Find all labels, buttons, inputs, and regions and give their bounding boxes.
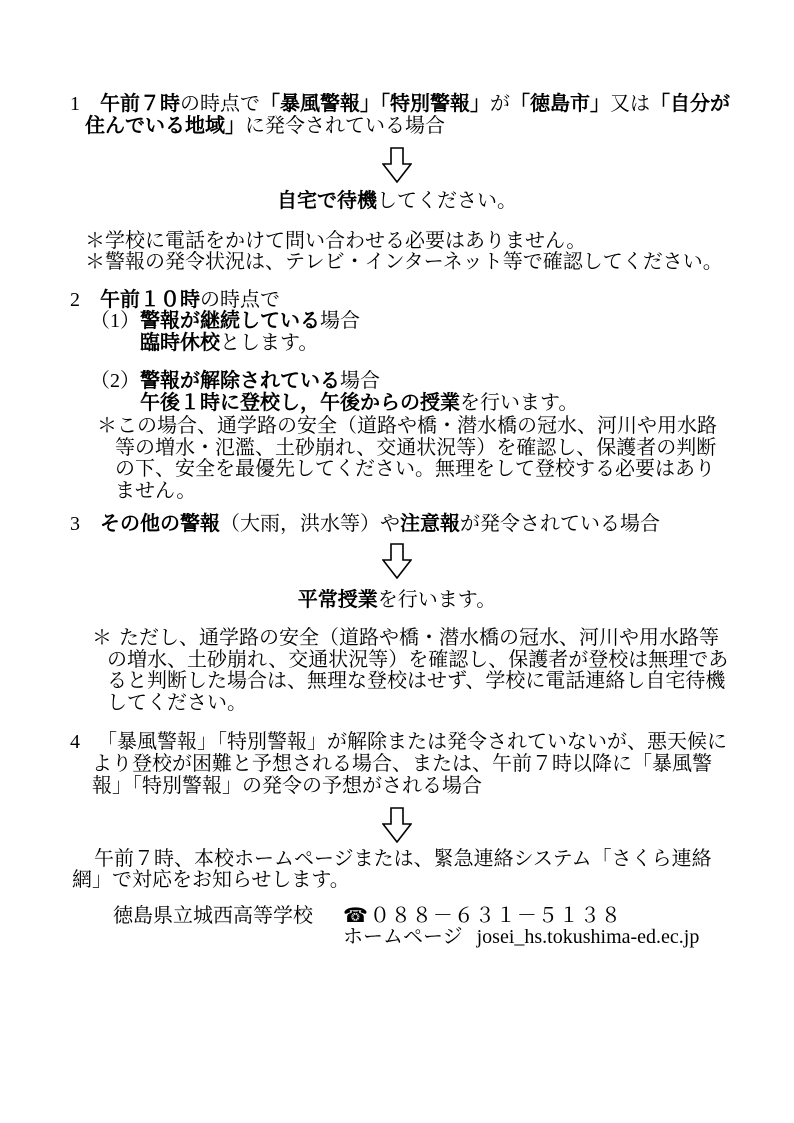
text-segment: 午後１時に登校し，午後からの授業: [140, 392, 460, 414]
section-2-case-1-label: （1）警報が継続している場合: [90, 311, 730, 333]
text-segment: とします。: [220, 332, 318, 354]
section-4-heading-text: 「暴風警報」「特別警報」が解除または発令されていないが、悪天候により登校が困難と…: [92, 731, 727, 797]
text-segment: 平常授業: [298, 589, 378, 611]
text-segment: 警報が継続している: [140, 310, 320, 332]
arrow-row-2: [0, 543, 794, 579]
text-segment: 又は: [610, 93, 650, 115]
arrow-row-3: [0, 807, 794, 843]
section-2-case-1-result: 臨時休校とします。: [140, 333, 730, 355]
text-segment: してください。: [377, 190, 517, 212]
phone-number: ０８８－６３１－５１３８: [370, 905, 622, 927]
section-2-case-2-result: 午後１時に登校し，午後からの授業を行います。: [140, 393, 730, 415]
section-3: 3その他の警報（大雨，洪水等）や注意報が発令されている場合 平常授業を行います。…: [0, 513, 794, 714]
text-segment: 午前７時: [100, 93, 180, 115]
text-segment: を行います。: [460, 392, 578, 414]
text-segment: （2）: [90, 370, 140, 392]
text-segment: の時点で: [200, 289, 280, 311]
text-segment: が: [490, 93, 510, 115]
text-segment: 「暴風警報」「特別警報」が解除または発令されていないが、悪天候により登校が困難と…: [92, 731, 727, 797]
text-segment: 自宅で待機: [277, 190, 377, 212]
section-1-number: 1: [70, 93, 100, 115]
down-arrow-icon: [382, 543, 412, 579]
section-1-heading-text: 午前７時の時点で「暴風警報」「特別警報」が「徳島市」又は「自分が住んでいる地域」…: [85, 93, 730, 137]
text-segment: を行います。: [378, 589, 496, 611]
homepage-url: josei_hs.tokushima-ed.ec.jp: [477, 926, 700, 948]
section-4-announcement: 午前７時、本校ホームページまたは、緊急連絡システム「さくら連絡網」で対応をお知ら…: [72, 849, 724, 891]
contact-line-2: ホームページjosei_hs.tokushima-ed.ec.jp: [113, 927, 794, 948]
text-segment: が発令されている場合: [460, 513, 660, 535]
text-segment: その他の警報: [100, 513, 220, 535]
homepage-label: ホームページ: [343, 926, 463, 948]
section-3-heading-text: その他の警報（大雨，洪水等）や注意報が発令されている場合: [100, 513, 660, 535]
section-2-heading-text: 午前１０時の時点で: [100, 289, 280, 311]
asterisk-marker: ＊: [97, 415, 117, 437]
section-1-heading: 1午前７時の時点で「暴風警報」「特別警報」が「徳島市」又は「自分が住んでいる地域…: [70, 93, 730, 137]
section-1: 1午前７時の時点で「暴風警報」「特別警報」が「徳島市」又は「自分が住んでいる地域…: [0, 93, 794, 273]
down-arrow-icon: [382, 807, 412, 843]
section-4-heading: 4「暴風警報」「特別警報」が解除または発令されていないが、悪天候により登校が困難…: [70, 731, 730, 797]
text-segment: 場合: [320, 310, 360, 332]
text-segment: （1）: [90, 310, 140, 332]
section-2-case-2-label: （2）警報が解除されている場合: [90, 371, 730, 393]
asterisk-marker: ＊: [92, 627, 112, 649]
text-segment: 臨時休校: [140, 332, 220, 354]
section-3-heading: 3その他の警報（大雨，洪水等）や注意報が発令されている場合: [70, 513, 730, 535]
text-segment: 「暴風警報」「特別警報」: [260, 93, 490, 115]
text-segment: 「徳島市」: [510, 93, 610, 115]
section-4-number: 4: [70, 731, 97, 753]
text-segment: の時点で: [180, 93, 260, 115]
contact-line-1: 徳島県立城西高等学校☎０８８－６３１－５１３８: [113, 906, 794, 927]
section-3-number: 3: [70, 513, 100, 535]
note-line: ＊学校に電話をかけて問い合わせる必要はありません。: [85, 231, 734, 252]
section-3-note-text: ただし、通学路の安全（道路や橋・潜水橋の冠水、河川や用水路等の増水、土砂崩れ、交…: [107, 627, 728, 714]
text-segment: （大雨，洪水等）や: [220, 513, 400, 535]
text-segment: 注意報: [400, 513, 460, 535]
text-segment: 場合: [340, 370, 380, 392]
text-segment: 警報が解除されている: [140, 370, 340, 392]
phone-icon: ☎: [343, 905, 368, 927]
down-arrow-icon: [382, 147, 412, 183]
note-line: ＊警報の発令状況は、テレビ・インターネット等で確認してください。: [85, 252, 734, 273]
section-3-result: 平常授業を行います。: [0, 589, 794, 611]
school-name: 徳島県立城西高等学校: [113, 905, 313, 927]
section-1-result: 自宅で待機してください。: [0, 190, 794, 212]
document-page: 1午前７時の時点で「暴風警報」「特別警報」が「徳島市」又は「自分が住んでいる地域…: [0, 0, 794, 1123]
section-4: 4「暴風警報」「特別警報」が解除または発令されていないが、悪天候により登校が困難…: [0, 731, 794, 891]
arrow-row-1: [0, 147, 794, 183]
section-2-heading: 2午前１０時の時点で: [70, 289, 730, 311]
section-3-note: ＊ただし、通学路の安全（道路や橋・潜水橋の冠水、河川や用水路等の増水、土砂崩れ、…: [92, 628, 730, 714]
section-2-note-text: この場合、通学路の安全（道路や橋・潜水橋の冠水、河川や用水路等の増水・氾濫、土砂…: [115, 415, 717, 502]
contact-block: 徳島県立城西高等学校☎０８８－６３１－５１３８ ホームページjosei_hs.t…: [113, 906, 794, 948]
text-segment: 午前１０時: [100, 289, 200, 311]
text-segment: に発令されている場合: [245, 115, 445, 137]
section-1-notes: ＊学校に電話をかけて問い合わせる必要はありません。 ＊警報の発令状況は、テレビ・…: [85, 231, 734, 273]
section-2: 2午前１０時の時点で （1）警報が継続している場合 臨時休校とします。 （2）警…: [0, 289, 794, 502]
section-2-number: 2: [70, 289, 100, 311]
section-2-note: ＊この場合、通学路の安全（道路や橋・潜水橋の冠水、河川や用水路等の増水・氾濫、土…: [97, 416, 725, 502]
